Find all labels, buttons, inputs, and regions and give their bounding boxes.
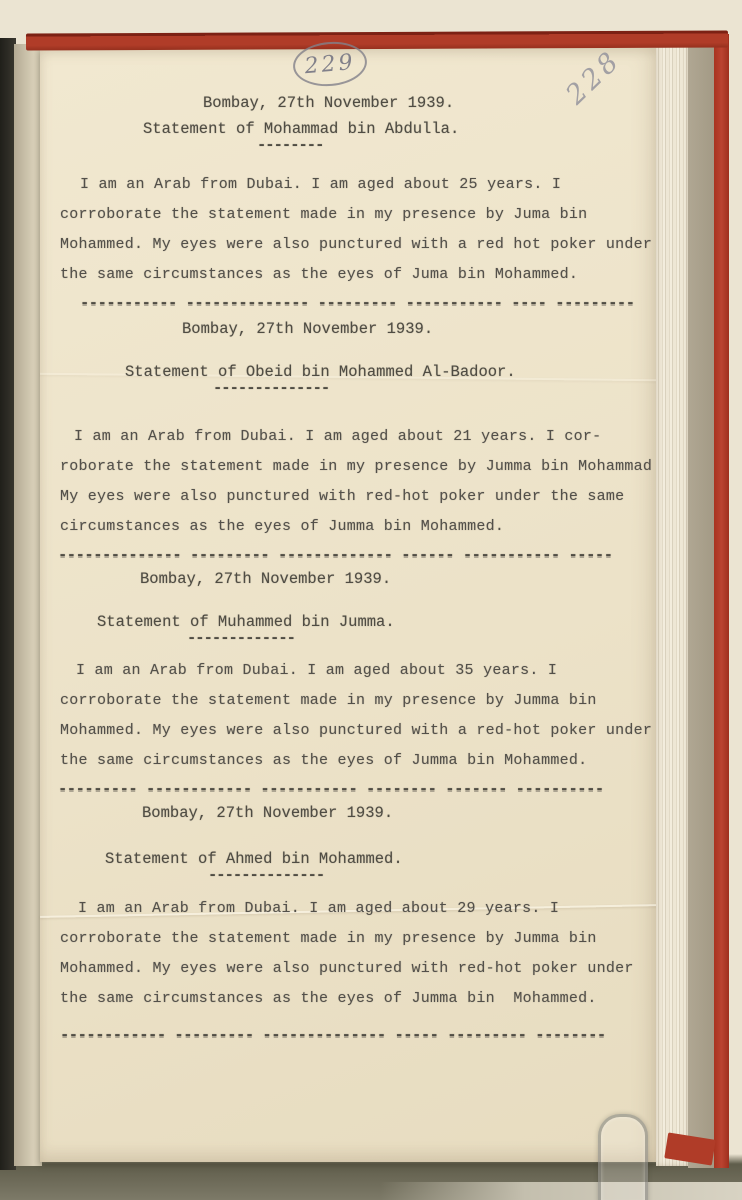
title-underline-dashes: -------- bbox=[257, 136, 323, 154]
body-line: I am an Arab from Dubai. I am aged about… bbox=[60, 894, 660, 924]
section-body: I am an Arab from Dubai. I am aged about… bbox=[60, 894, 660, 1014]
section-divider: -------------- --------- ------------- -… bbox=[58, 546, 642, 564]
body-line: the same circumstances as the eyes of Ju… bbox=[60, 984, 660, 1014]
cover-board-edge bbox=[688, 38, 714, 1168]
body-line: Mohammed. My eyes were also punctured wi… bbox=[60, 230, 660, 260]
section-divider: ------------ --------- -------------- --… bbox=[60, 1026, 644, 1044]
section-divider: ----------- -------------- --------- ---… bbox=[80, 294, 664, 312]
body-line: corroborate the statement made in my pre… bbox=[60, 924, 660, 954]
body-line: circumstances as the eyes of Jumma bin M… bbox=[60, 512, 660, 542]
folio-number-circled-text: 229 bbox=[304, 49, 357, 78]
body-line: corroborate the statement made in my pre… bbox=[60, 200, 660, 230]
plastic-clip bbox=[598, 1114, 648, 1200]
body-line: the same circumstances as the eyes of Ju… bbox=[60, 746, 660, 776]
red-cover-top-edge bbox=[26, 30, 728, 50]
body-line: corroborate the statement made in my pre… bbox=[60, 686, 660, 716]
body-line: I am an Arab from Dubai. I am aged about… bbox=[60, 170, 660, 200]
body-line: Mohammed. My eyes were also punctured wi… bbox=[60, 954, 660, 984]
book-scan-photo: Bombay, 27th November 1939. Statement of… bbox=[0, 0, 742, 1200]
section-dateline: Bombay, 27th November 1939. bbox=[140, 570, 391, 588]
previous-page-edge bbox=[14, 44, 42, 1166]
section-body: I am an Arab from Dubai. I am aged about… bbox=[60, 656, 660, 776]
body-line: roborate the statement made in my presen… bbox=[60, 452, 660, 482]
section-divider: --------- ------------ ----------- -----… bbox=[58, 780, 642, 798]
section-dateline: Bombay, 27th November 1939. bbox=[203, 94, 454, 112]
section-body: I am an Arab from Dubai. I am aged about… bbox=[60, 170, 660, 290]
body-line: the same circumstances as the eyes of Ju… bbox=[60, 260, 660, 290]
section-body: I am an Arab from Dubai. I am aged about… bbox=[60, 422, 660, 542]
red-cover-right-edge bbox=[714, 34, 729, 1168]
section-dateline: Bombay, 27th November 1939. bbox=[142, 804, 393, 822]
page-stack-edge bbox=[656, 42, 688, 1166]
body-line: Mohammed. My eyes were also punctured wi… bbox=[60, 716, 660, 746]
table-surface bbox=[380, 1182, 742, 1200]
title-underline-dashes: -------------- bbox=[213, 379, 329, 397]
section-dateline: Bombay, 27th November 1939. bbox=[182, 320, 433, 338]
document-page: Bombay, 27th November 1939. Statement of… bbox=[40, 48, 658, 1162]
body-line: I am an Arab from Dubai. I am aged about… bbox=[60, 656, 660, 686]
title-underline-dashes: ------------- bbox=[187, 629, 295, 647]
body-line: I am an Arab from Dubai. I am aged about… bbox=[60, 422, 660, 452]
title-underline-dashes: -------------- bbox=[208, 866, 324, 884]
body-line: My eyes were also punctured with red-hot… bbox=[60, 482, 660, 512]
